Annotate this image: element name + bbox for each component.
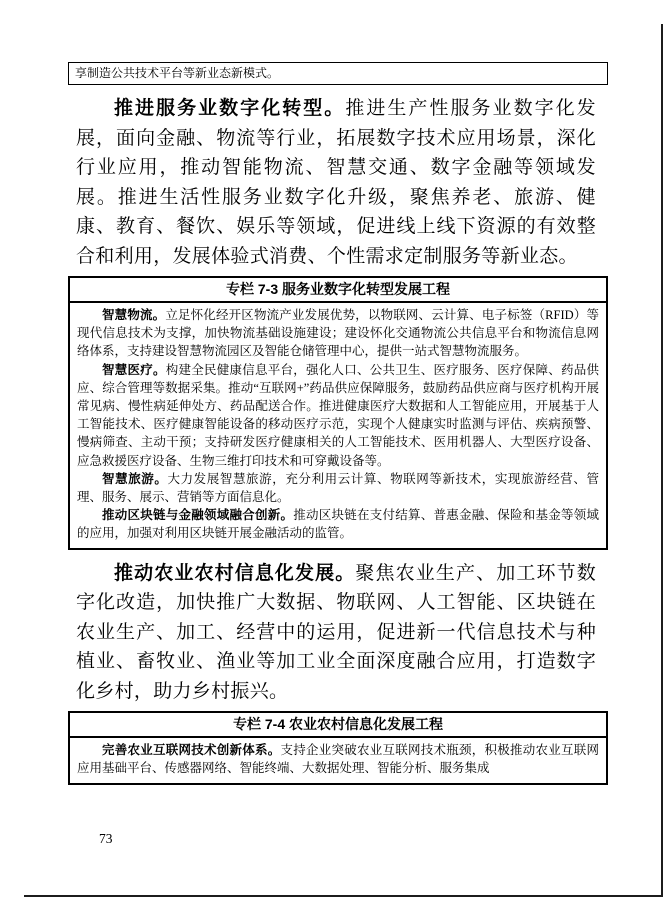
box-item-body: 构建全民健康信息平台，强化人口、公共卫生、医疗服务、医疗保障、药品供应、综合管理… [77,363,599,468]
box-item-lead: 推动区块链与金融领域融合创新。 [102,508,293,522]
feature-box-title: 专栏 7-3 服务业数字化转型发展工程 [70,278,606,303]
box-item-lead: 智慧医疗。 [102,363,166,377]
feature-box-title: 专栏 7-4 农业农村信息化发展工程 [70,713,606,738]
paragraph-services-digitalization: 推进服务业数字化转型。推进生产性服务业数字化发展，面向金融、物流等行业，拓展数字… [76,94,596,271]
page-number: 73 [99,831,666,847]
paragraph-lead: 推动农业农村信息化发展。 [114,563,355,584]
box-item-lead: 完善农业互联网技术创新体系。 [102,743,281,757]
feature-box-content: 完善农业互联网技术创新体系。支持企业突破农业互联网技术瓶颈，积极推动农业互联网应… [70,738,606,782]
document-page: 享制造公共技术平台等新业态新模式。 推进服务业数字化转型。推进生产性服务业数字化… [0,0,666,901]
feature-box-content: 智慧物流。立足怀化经开区物流产业发展优势，以物联网、云计算、电子标签（RFID）… [70,303,606,548]
carryover-table-row: 享制造公共技术平台等新业态新模式。 [68,62,608,85]
page-shadow-right [661,24,663,897]
page-shadow-bottom [24,895,663,897]
paragraph-body: 推进生产性服务业数字化发展，面向金融、物流等行业，拓展数字技术应用场景，深化行业… [76,98,596,267]
paragraph-lead: 推进服务业数字化转型。 [114,98,345,119]
box-item-smart-healthcare: 智慧医疗。构建全民健康信息平台，强化人口、公共卫生、医疗服务、医疗保障、药品供应… [77,361,599,470]
box-item-smart-logistics: 智慧物流。立足怀化经开区物流产业发展优势，以物联网、云计算、电子标签（RFID）… [77,306,599,361]
box-item-blockchain-finance: 推动区块链与金融领域融合创新。推动区块链在支付结算、普惠金融、保险和基金等领域的… [77,506,599,542]
box-item-smart-tourism: 智慧旅游。大力发展智慧旅游，充分利用云计算、物联网等新技术，实现旅游经营、管理、… [77,470,599,506]
box-item-agri-internet-innovation: 完善农业互联网技术创新体系。支持企业突破农业互联网技术瓶颈，积极推动农业互联网应… [77,741,599,777]
feature-box-7-3: 专栏 7-3 服务业数字化转型发展工程 智慧物流。立足怀化经开区物流产业发展优势… [68,276,608,550]
carryover-text: 享制造公共技术平台等新业态新模式。 [75,66,279,80]
box-item-lead: 智慧旅游。 [102,472,167,486]
feature-box-7-4: 专栏 7-4 农业农村信息化发展工程 完善农业互联网技术创新体系。支持企业突破农… [68,711,608,784]
box-item-lead: 智慧物流。 [102,308,165,322]
paragraph-rural-informatization: 推动农业农村信息化发展。聚焦农业生产、加工环节数字化改造，加快推广大数据、物联网… [76,559,596,707]
